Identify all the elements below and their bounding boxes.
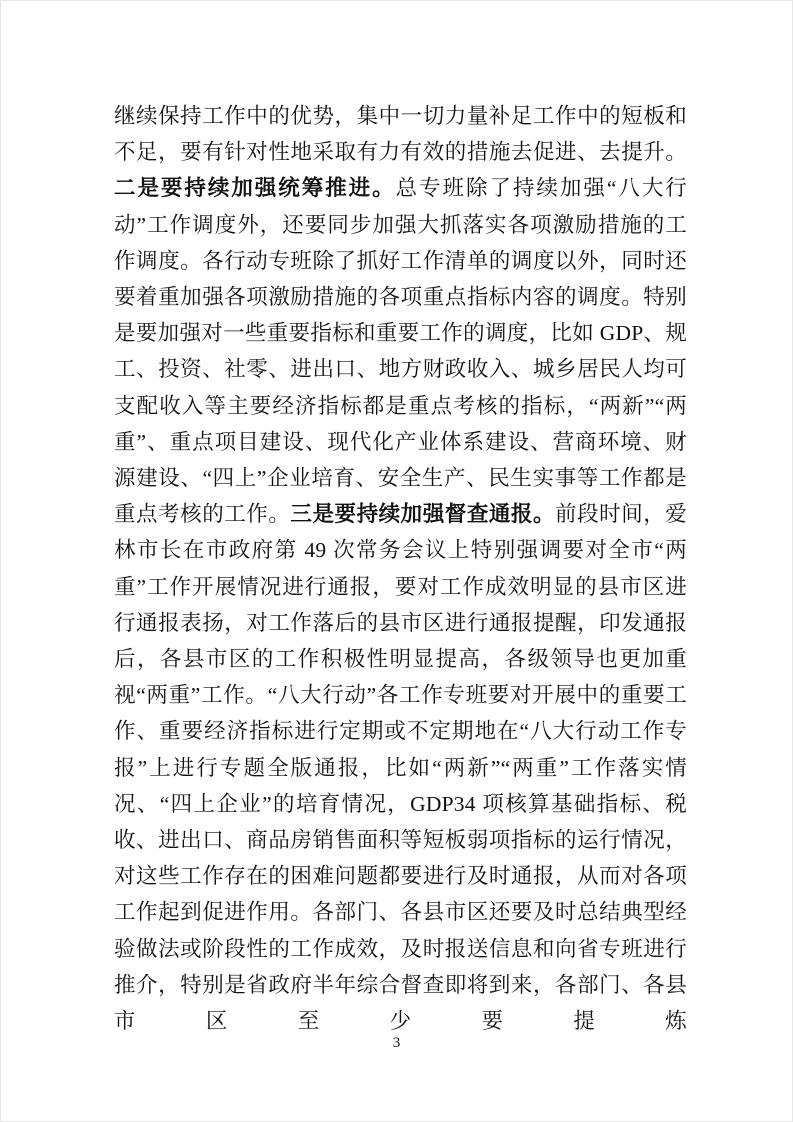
inline-heading: 三是要持续加强督查通报。 <box>290 502 555 526</box>
page-number: 3 <box>1 1035 792 1052</box>
body-text-run: 继续保持工作中的优势，集中一切力量补足工作中的短板和不足，要有针对性地采取有力有… <box>114 104 687 164</box>
document-body: 继续保持工作中的优势，集中一切力量补足工作中的短板和不足，要有针对性地采取有力有… <box>114 98 687 1039</box>
body-text-run: 前段时间，爱林市长在市政府第 49 次常务会议上特别强调要对全市“两重”工作开展… <box>114 502 687 1033</box>
body-text-run: 总专班除了持续加强“八大行动”工作调度外，还要同步加强大抓落实各项激励措施的工作… <box>114 176 687 526</box>
inline-heading: 二是要持续加强统筹推进。 <box>114 176 396 200</box>
document-page: 继续保持工作中的优势，集中一切力量补足工作中的短板和不足，要有针对性地采取有力有… <box>0 0 793 1122</box>
